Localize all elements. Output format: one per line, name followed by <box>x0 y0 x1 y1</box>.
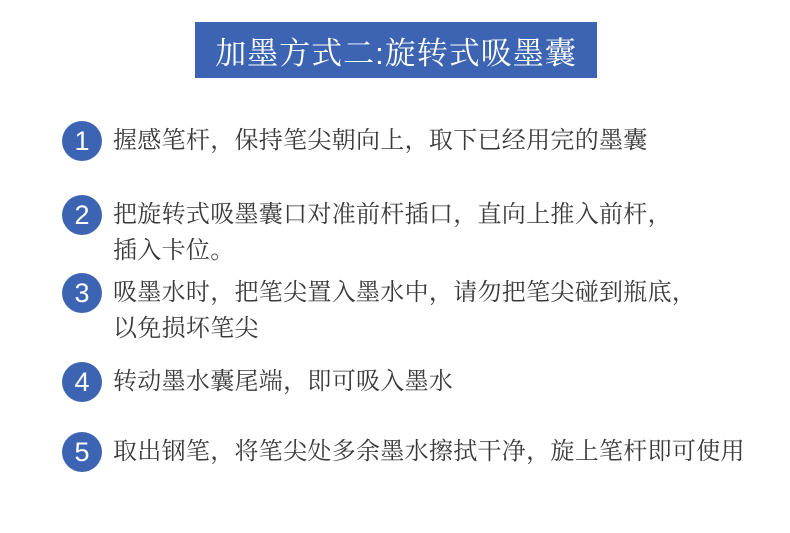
step-item-3: 3 吸墨水时，把笔尖置入墨水中，请勿把笔尖碰到瓶底， 以免损坏笔尖 <box>62 273 696 347</box>
step-text-line: 握感笔杆，保持笔尖朝向上，取下已经用完的墨囊 <box>113 123 648 159</box>
page-title: 加墨方式二:旋转式吸墨囊 <box>215 28 577 73</box>
step-item-4: 4 转动墨水囊尾端，即可吸入墨水 <box>62 362 453 402</box>
instruction-page: 加墨方式二:旋转式吸墨囊 1 握感笔杆，保持笔尖朝向上，取下已经用完的墨囊 2 … <box>0 0 790 533</box>
step-text-3: 吸墨水时，把笔尖置入墨水中，请勿把笔尖碰到瓶底， 以免损坏笔尖 <box>113 273 696 347</box>
step-number-badge-3: 3 <box>62 273 102 313</box>
step-number-badge-2: 2 <box>62 195 102 235</box>
step-text-line: 以免损坏笔尖 <box>113 311 696 347</box>
step-text-line: 把旋转式吸墨囊口对准前杆插口，直向上推入前杆， <box>113 197 672 233</box>
step-item-2: 2 把旋转式吸墨囊口对准前杆插口，直向上推入前杆， 插入卡位。 <box>62 195 672 269</box>
title-banner: 加墨方式二:旋转式吸墨囊 <box>195 22 597 78</box>
step-text-line: 取出钢笔，将笔尖处多余墨水擦拭干净，旋上笔杆即可使用 <box>113 434 745 470</box>
step-number-badge-1: 1 <box>62 121 102 161</box>
step-text-line: 转动墨水囊尾端，即可吸入墨水 <box>113 364 453 400</box>
step-text-line: 吸墨水时，把笔尖置入墨水中，请勿把笔尖碰到瓶底， <box>113 275 696 311</box>
step-text-2: 把旋转式吸墨囊口对准前杆插口，直向上推入前杆， 插入卡位。 <box>113 195 672 269</box>
step-text-5: 取出钢笔，将笔尖处多余墨水擦拭干净，旋上笔杆即可使用 <box>113 432 745 470</box>
step-text-1: 握感笔杆，保持笔尖朝向上，取下已经用完的墨囊 <box>113 121 648 159</box>
step-number-badge-4: 4 <box>62 362 102 402</box>
step-text-4: 转动墨水囊尾端，即可吸入墨水 <box>113 362 453 400</box>
step-item-1: 1 握感笔杆，保持笔尖朝向上，取下已经用完的墨囊 <box>62 121 648 161</box>
step-number-badge-5: 5 <box>62 432 102 472</box>
step-item-5: 5 取出钢笔，将笔尖处多余墨水擦拭干净，旋上笔杆即可使用 <box>62 432 745 472</box>
step-text-line: 插入卡位。 <box>113 233 672 269</box>
